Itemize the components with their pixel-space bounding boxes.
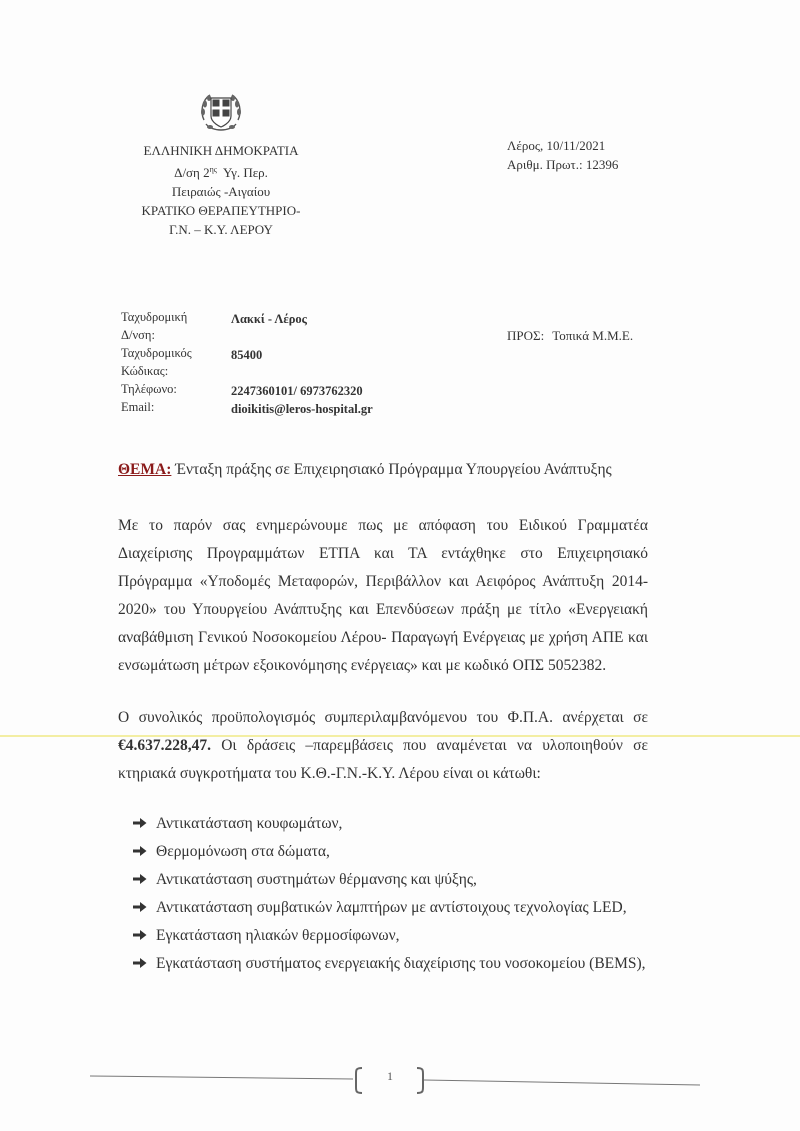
issuer-directorate-rest: Υγ. Περ. <box>223 165 268 180</box>
issuer-region: Πειραιώς -Αιγαίου <box>120 182 322 201</box>
contact-label: Ταχυδρομική Δ/νση: <box>121 308 221 344</box>
action-item-text: Αντικατάσταση συμβατικών λαμπτήρων με αν… <box>156 899 627 916</box>
arrow-right-icon <box>133 929 147 941</box>
action-item-text: Θερμομόνωση στα δώματα, <box>156 843 330 860</box>
recipient-label: ΠΡΟΣ: <box>507 328 544 343</box>
issuer-directorate-sup: ης <box>210 165 217 174</box>
action-item: Αντικατάσταση κουφωμάτων, <box>133 810 648 838</box>
protocol-number: Αριθμ. Πρωτ.: 12396 <box>507 155 618 174</box>
issuer-directorate-prefix: Δ/ση 2 <box>174 165 210 180</box>
body-paragraph-1: Με το παρόν σας ενημερώνουμε πως με απόφ… <box>118 512 648 680</box>
document-page: ΕΛΛΗΝΙΚΗ ΔΗΜΟΚΡΑΤΙΑ Δ/ση 2ης Υγ. Περ. Πε… <box>0 0 800 1131</box>
contact-label: Ταχυδρομικός Κώδικας: <box>121 344 221 380</box>
action-item: Αντικατάσταση συστημάτων θέρμανσης και ψ… <box>133 866 648 894</box>
recipient-value: Τοπικά Μ.Μ.Ε. <box>552 328 633 343</box>
subject-line: ΘΕΜΑ: Ένταξη πράξης σε Επιχειρησιακό Πρό… <box>118 461 612 479</box>
subject-label: ΘΕΜΑ: <box>118 461 171 478</box>
contact-label-line: Κώδικας: <box>121 362 221 380</box>
action-item: Θερμομόνωση στα δώματα, <box>133 838 648 866</box>
footer-rule <box>90 1060 710 1100</box>
issuer-hospital: Γ.Ν. – Κ.Υ. ΛΕΡΟΥ <box>120 220 322 239</box>
arrow-right-icon <box>133 901 147 913</box>
budget-intro: Ο συνολικός προϋπολογισμός συμπεριλαμβαν… <box>118 709 648 726</box>
action-item: Εγκατάσταση συστήματος ενεργειακής διαχε… <box>133 950 648 978</box>
contact-value: 2247360101/ 6973762320 <box>231 382 363 400</box>
action-item-text: Αντικατάσταση συστημάτων θέρμανσης και ψ… <box>156 871 477 888</box>
contact-value: 85400 <box>231 346 262 364</box>
contact-label: Τηλέφωνο: <box>121 380 221 398</box>
place-date: Λέρος, 10/11/2021 <box>507 136 618 155</box>
contact-value: Λακκί - Λέρος <box>231 310 307 328</box>
contact-label-line: Ταχυδρομικός <box>121 344 221 362</box>
subject-text: Ένταξη πράξης σε Επιχειρησιακό Πρόγραμμα… <box>171 461 611 478</box>
body-paragraph-2: Ο συνολικός προϋπολογισμός συμπεριλαμβαν… <box>118 704 648 788</box>
contact-label-line: Ταχυδρομική <box>121 308 221 326</box>
arrow-right-icon <box>133 873 147 885</box>
contact-email-link[interactable]: dioikitis@leros-hospital.gr <box>231 400 373 418</box>
issuer-country: ΕΛΛΗΝΙΚΗ ΔΗΜΟΚΡΑΤΙΑ <box>120 141 322 160</box>
action-item: Αντικατάσταση συμβατικών λαμπτήρων με αν… <box>133 894 648 922</box>
page-footer: 1 <box>90 1060 710 1100</box>
arrow-right-icon <box>133 817 147 829</box>
contact-label-line: Δ/νση: <box>121 326 221 344</box>
budget-amount: €4.637.228,47. <box>118 737 211 754</box>
issuer-institution: ΚΡΑΤΙΚΟ ΘΕΡΑΠΕΥΤΗΡΙΟ- <box>120 201 322 220</box>
action-item-text: Εγκατάσταση συστήματος ενεργειακής διαχε… <box>156 955 646 972</box>
document-meta: Λέρος, 10/11/2021 Αριθμ. Πρωτ.: 12396 <box>507 136 618 174</box>
issuer-directorate: Δ/ση 2ης Υγ. Περ. <box>120 160 322 182</box>
action-item: Εγκατάσταση ηλιακών θερμοσίφωνων, <box>133 922 648 950</box>
arrow-right-icon <box>133 957 147 969</box>
recipient: ΠΡΟΣ:Τοπικά Μ.Μ.Ε. <box>507 328 633 344</box>
greek-coat-of-arms-icon <box>196 90 246 136</box>
action-item-text: Εγκατάσταση ηλιακών θερμοσίφωνων, <box>156 927 399 944</box>
issuer-block: ΕΛΛΗΝΙΚΗ ΔΗΜΟΚΡΑΤΙΑ Δ/ση 2ης Υγ. Περ. Πε… <box>120 141 322 239</box>
action-item-text: Αντικατάσταση κουφωμάτων, <box>156 815 342 832</box>
contact-label: Email: <box>121 398 221 416</box>
arrow-right-icon <box>133 845 147 857</box>
actions-list: Αντικατάσταση κουφωμάτων,Θερμομόνωση στα… <box>133 810 648 978</box>
page-number: 1 <box>380 1069 400 1084</box>
